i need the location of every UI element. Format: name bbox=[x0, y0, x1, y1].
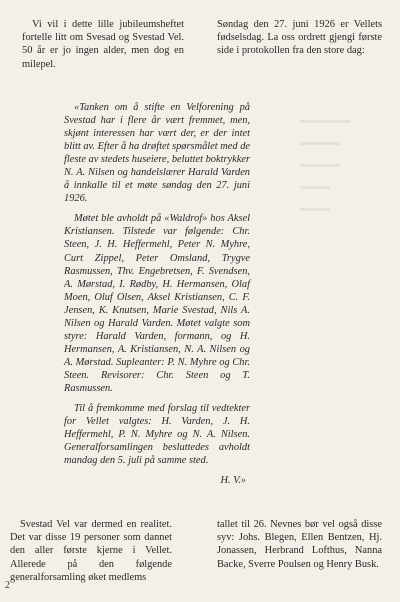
quote-paragraph-meeting: Møtet ble avholdt på «Waldrof» hos Aksel… bbox=[64, 212, 250, 395]
conclusion-left-paragraph: Svestad Vel var dermed en realitet. Det … bbox=[10, 518, 172, 584]
intro-left-paragraph: Vi vil i dette lille jubileumsheftet for… bbox=[22, 18, 184, 71]
quote-signature: H. V.» bbox=[64, 474, 250, 487]
bleed-through-text: ▬▬▬▬▬▬▬▬▬▬▬▬▬▬▬▬▬▬▬ bbox=[300, 110, 350, 220]
intro-right-column: Søndag den 27. juni 1926 er Vellets fød­… bbox=[217, 18, 382, 58]
quote-paragraph-bylaws: Til å fremkomme med forslag til ved­tekt… bbox=[64, 402, 250, 467]
intro-left-column: Vi vil i dette lille jubileumsheftet for… bbox=[22, 18, 184, 71]
conclusion-right-column: tallet til 26. Nevnes bør vel også disse… bbox=[217, 518, 382, 571]
protocol-quote: «Tanken om å stifte en Velforening på Sv… bbox=[64, 101, 250, 494]
document-page: ▬▬▬▬▬▬▬▬▬▬▬▬▬▬▬▬▬▬▬ Vi vil i dette lille… bbox=[0, 0, 400, 602]
intro-right-paragraph: Søndag den 27. juni 1926 er Vellets fød­… bbox=[217, 18, 382, 58]
quote-paragraph-founding: «Tanken om å stifte en Velforening på Sv… bbox=[64, 101, 250, 205]
conclusion-right-paragraph: tallet til 26. Nevnes bør vel også disse… bbox=[217, 518, 382, 571]
conclusion-left-column: Svestad Vel var dermed en realitet. Det … bbox=[10, 518, 172, 584]
page-number: 2 bbox=[5, 580, 10, 591]
